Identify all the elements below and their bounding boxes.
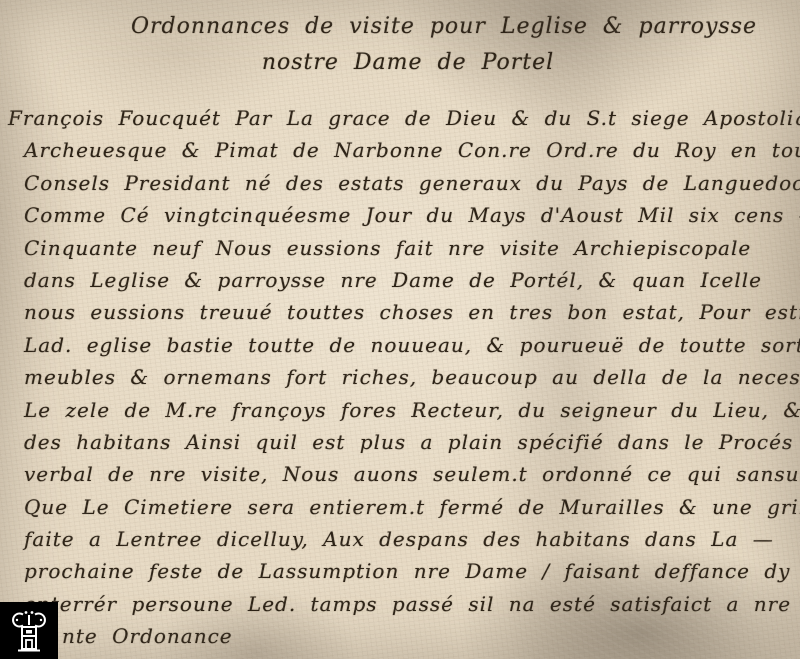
body-line: Comme Cé vingtcinquéesme Jour du Mays d'… <box>24 199 794 231</box>
body-line: enterrér persoune Led. tamps passé sil n… <box>24 588 794 620</box>
body-line: François Foucquét Par La grace de Dieu &… <box>8 102 794 134</box>
body-line: nous eussions treuué touttes choses en t… <box>24 296 794 328</box>
body-line: Que Le Cimetiere sera entierem.t fermé d… <box>24 491 794 523</box>
body-line: dans Leglise & parroysse nre Dame de Por… <box>24 264 794 296</box>
document-body: François Foucquét Par La grace de Dieu &… <box>24 102 794 653</box>
document-title-line-2: nostre Dame de Portel <box>8 50 800 75</box>
document-title-line-1: Ordonnances de visite pour Leglise & par… <box>44 14 800 39</box>
body-line: Cinquante neuf Nous eussions fait nre vi… <box>24 232 794 264</box>
body-line: faite a Lentree dicelluy, Aux despans de… <box>24 523 794 555</box>
body-line: des habitans Ainsi quil est plus a plain… <box>24 426 794 458</box>
body-line: verbal de nre visite, Nous auons seulem.… <box>24 458 794 490</box>
body-line: meubles & ornemans fort riches, beaucoup… <box>24 361 794 393</box>
tower-archive-logo-icon <box>0 602 58 659</box>
body-line: prochaine feste de Lassumption nre Dame … <box>24 555 794 587</box>
manuscript-page: Ordonnances de visite pour Leglise & par… <box>0 0 800 659</box>
body-line: nte Ordonance <box>62 620 794 652</box>
body-line: Le zele de M.re françoys fores Recteur, … <box>24 394 794 426</box>
body-line: Archeuesque & Pimat de Narbonne Con.re O… <box>24 134 794 166</box>
body-line: Lad. eglise bastie toutte de nouueau, & … <box>24 329 794 361</box>
body-line: Consels Presidant né des estats generaux… <box>24 167 794 199</box>
